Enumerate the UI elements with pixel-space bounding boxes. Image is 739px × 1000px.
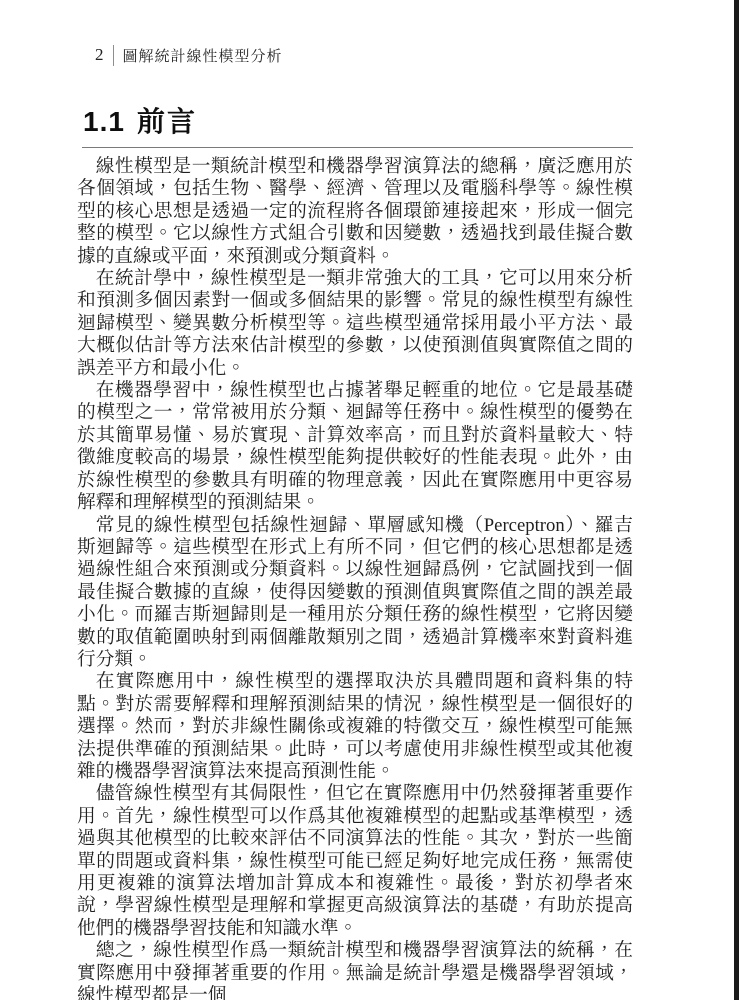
section-number: 1.1: [83, 102, 125, 142]
body-paragraph-5: 在實際應用中，線性模型的選擇取決於具體問題和資料集的特點。對於需要解釋和理解預測…: [77, 671, 633, 783]
body-paragraph-4: 常見的線性模型包括線性迴歸、單層感知機（Perceptron）、羅吉斯迴歸等。這…: [77, 515, 633, 672]
heading-rule: [82, 147, 633, 148]
body-paragraph-1: 線性模型是一類統計模型和機器學習演算法的總稱，廣泛應用於各個領域，包括生物、醫學…: [77, 156, 633, 268]
body-paragraph-3: 在機器學習中，線性模型也占據著舉足輕重的地位。它是最基礎的模型之一，常常被用於分…: [77, 380, 633, 514]
page-number: 2: [95, 44, 104, 66]
page-edge-shadow: [734, 0, 739, 1000]
running-book-title: 圖解統計線性模型分析: [123, 45, 283, 66]
book-page: 2 圖解統計線性模型分析 1.1 前言 線性模型是一類統計模型和機器學習演算法的…: [0, 0, 739, 1000]
section-title: 前言: [137, 102, 197, 142]
running-header: 2 圖解統計線性模型分析: [95, 44, 283, 66]
section-heading: 1.1 前言: [83, 102, 197, 142]
body-paragraph-6: 儘管線性模型有其侷限性，但它在實際應用中仍然發揮著重要作用。首先，線性模型可以作…: [77, 783, 633, 940]
body-text: 線性模型是一類統計模型和機器學習演算法的總稱，廣泛應用於各個領域，包括生物、醫學…: [77, 156, 633, 1000]
header-divider: [113, 45, 114, 66]
body-paragraph-7: 總之，線性模型作爲一類統計模型和機器學習演算法的統稱，在實際應用中發揮著重要的作…: [77, 940, 633, 1000]
body-paragraph-2: 在統計學中，線性模型是一類非常強大的工具，它可以用來分析和預測多個因素對一個或多…: [77, 268, 633, 380]
